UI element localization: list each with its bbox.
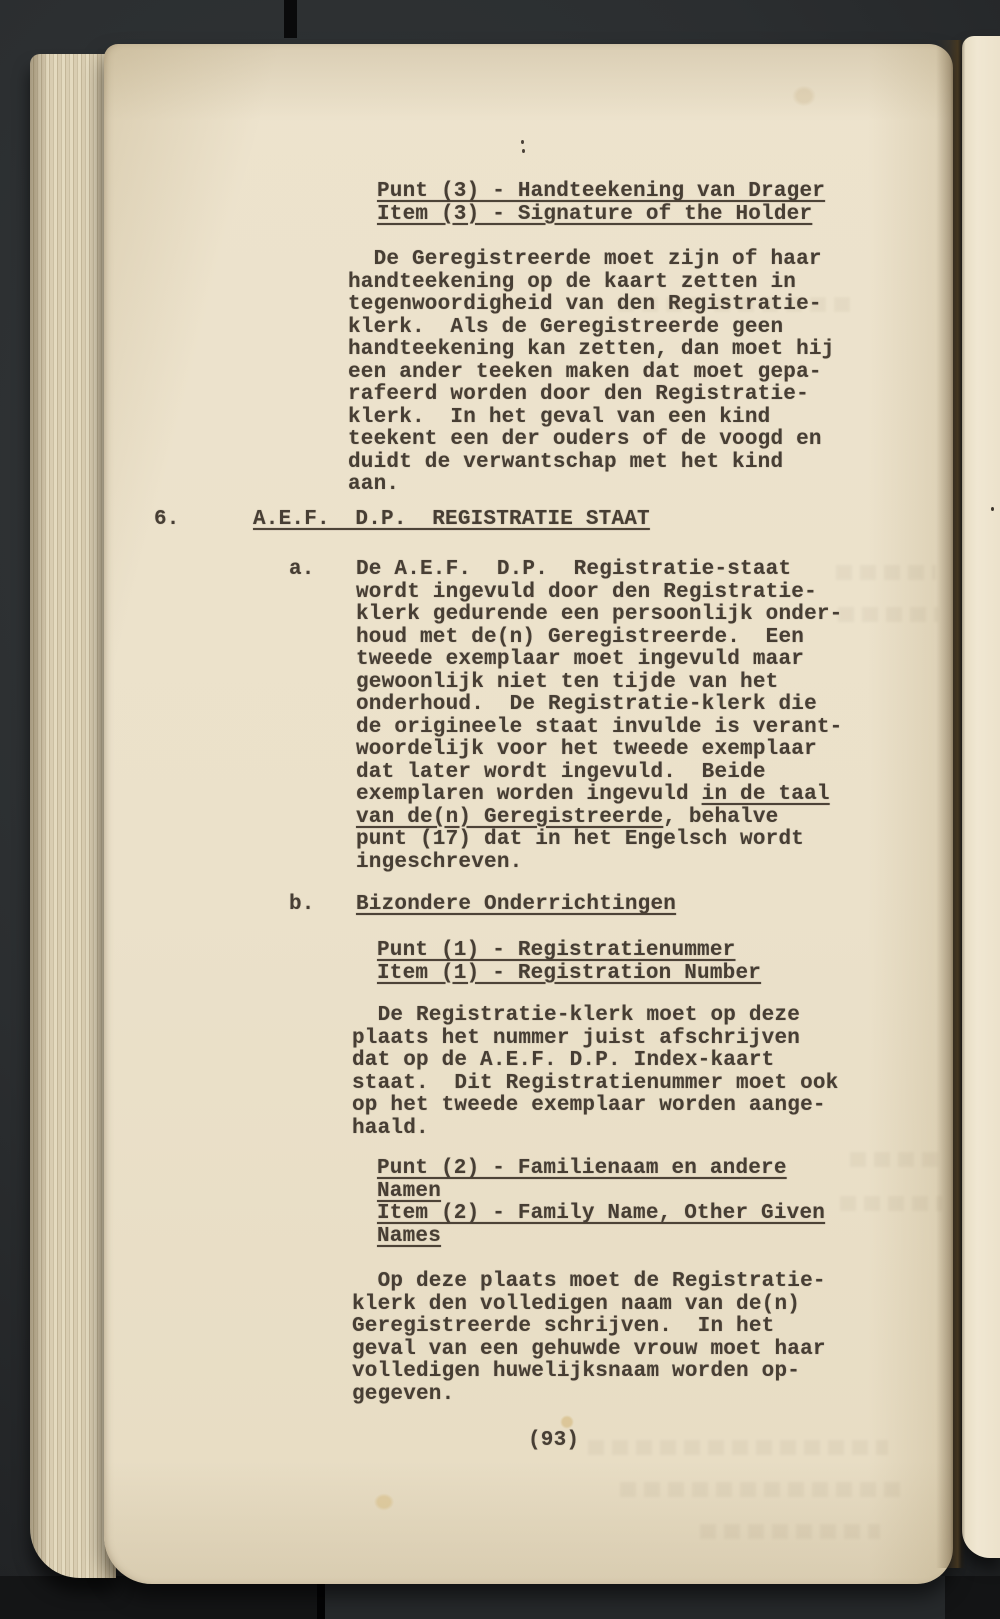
bleed-through-marks	[588, 1440, 888, 1455]
item1-paragraph: De Registratie-klerk moet op deze plaats…	[352, 1005, 838, 1140]
section6-number: 6.	[154, 509, 180, 532]
page-number: (93)	[528, 1430, 579, 1453]
bleed-through-marks	[836, 565, 936, 580]
bleed-through-marks	[840, 1196, 942, 1211]
item2-heading: Punt (2) - Familienaam en andere Namen I…	[377, 1158, 825, 1248]
subsection-a-paragraph: De A.E.F. D.P. Registratie-staat wordt i…	[356, 559, 842, 874]
scanned-book-page: Punt (3) - Handteekening van Drager Item…	[0, 0, 1000, 1619]
ink-speck	[522, 149, 525, 153]
section6-heading-text: A.E.F. D.P. REGISTRATIE STAAT	[253, 508, 650, 531]
subsection-a-label: a.	[289, 559, 315, 582]
item1-heading: Punt (1) - Registratienummer Item (1) - …	[377, 940, 761, 985]
item2-paragraph: Op deze plaats moet de Registratie- kler…	[352, 1271, 826, 1406]
page-gutter-shadow	[936, 40, 968, 1568]
item3-heading: Punt (3) - Handteekening van Drager Item…	[377, 181, 825, 226]
bleed-through-marks	[838, 607, 938, 622]
table-surface-shadow-right	[945, 1576, 1000, 1619]
bleed-through-marks	[700, 1524, 880, 1539]
bleed-through-marks	[620, 1482, 900, 1497]
subsection-a-text: De A.E.F. D.P. Registratie-staat wordt i…	[356, 558, 842, 806]
ink-speck	[521, 140, 524, 144]
table-seam-line	[317, 1580, 325, 1619]
item3-paragraph: De Geregistreerde moet zijn of haar hand…	[348, 249, 834, 497]
item2-heading-text: Punt (2) - Familienaam en andere Namen I…	[377, 1157, 825, 1248]
bleed-through-marks	[850, 1152, 942, 1167]
subsection-b-heading: Bizondere Onderrichtingen	[356, 894, 676, 917]
section6-heading: A.E.F. D.P. REGISTRATIE STAAT	[253, 509, 650, 532]
ink-speck	[991, 507, 994, 511]
item1-heading-text: Punt (1) - Registratienummer Item (1) - …	[377, 939, 761, 985]
subsection-b-heading-text: Bizondere Onderrichtingen	[356, 893, 676, 916]
binding-notch	[284, 0, 297, 38]
subsection-b-label: b.	[289, 894, 315, 917]
item3-heading-text: Punt (3) - Handteekening van Drager Item…	[377, 180, 825, 226]
